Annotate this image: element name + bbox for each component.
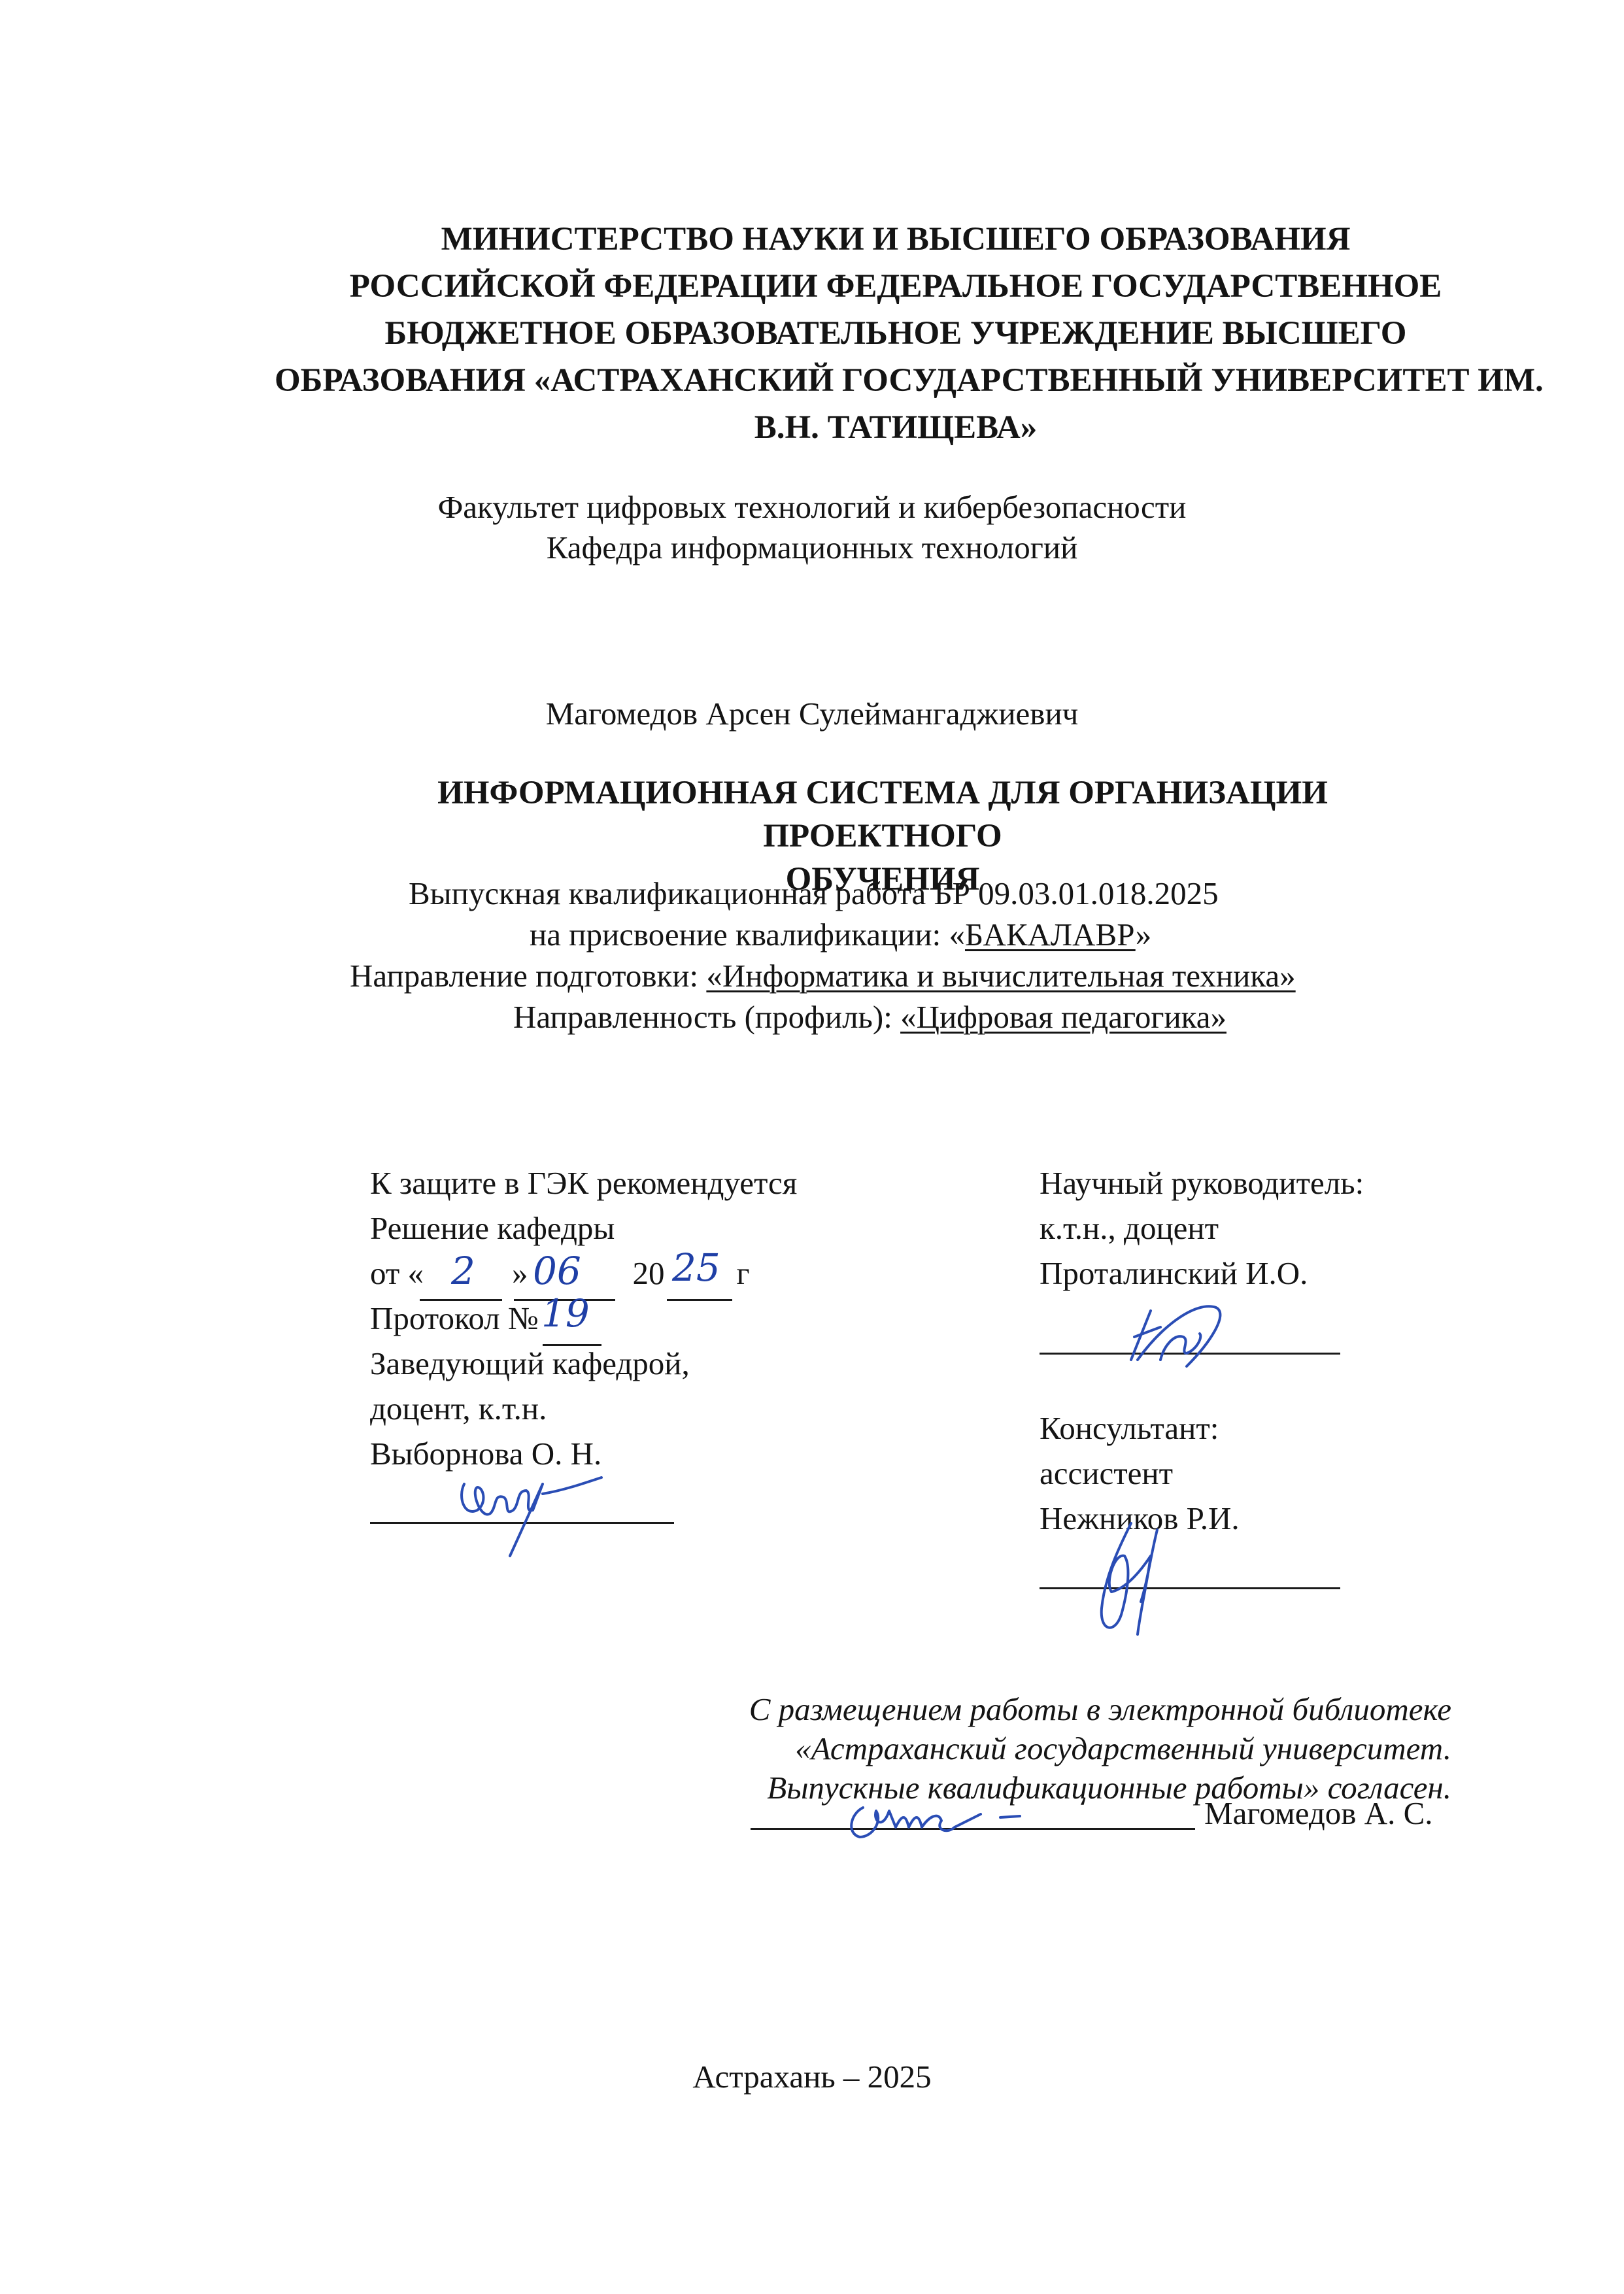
handwritten-year: 25 bbox=[672, 1245, 720, 1290]
faculty-block: Факультет цифровых технологий и кибербез… bbox=[0, 487, 1624, 568]
consent-line: «Астраханский государственный университе… bbox=[706, 1729, 1451, 1768]
consultant-signature-icon bbox=[1085, 1517, 1190, 1641]
supervisor-name: Проталинский И.О. bbox=[1040, 1251, 1364, 1296]
decision-date: от «»20г bbox=[370, 1251, 797, 1296]
date-day-underline bbox=[420, 1299, 502, 1301]
qualification-value: БАКАЛАВР bbox=[965, 917, 1136, 953]
date-prefix: от « bbox=[370, 1255, 424, 1291]
consent-line: С размещением работы в электронной библи… bbox=[706, 1690, 1451, 1729]
qualification-line: на присвоение квалификации: «БАКАЛАВР» bbox=[530, 914, 1151, 955]
department-name: Кафедра информационных технологий bbox=[0, 528, 1624, 568]
supervisor-label: Научный руководитель: bbox=[1040, 1160, 1364, 1206]
author-name: Магомедов Арсен Сулеймангаджиевич bbox=[0, 695, 1624, 732]
date-mid: » bbox=[512, 1255, 528, 1291]
protocol-label: Протокол № bbox=[370, 1300, 539, 1336]
work-code-line: Выпускная квалификационная работа БР 09.… bbox=[409, 873, 1219, 914]
city-year: Астрахань – 2025 bbox=[0, 2058, 1624, 2095]
direction-prefix: Направление подготовки: bbox=[350, 958, 706, 994]
ministry-line: БЮДЖЕТНОЕ ОБРАЗОВАТЕЛЬНОЕ УЧРЕЖДЕНИЕ ВЫС… bbox=[275, 310, 1517, 357]
handwritten-day: 2 bbox=[451, 1249, 475, 1293]
ministry-line: В.Н. ТАТИЩЕВА» bbox=[275, 404, 1517, 451]
ministry-header: МИНИСТЕРСТВО НАУКИ И ВЫСШЕГО ОБРАЗОВАНИЯ… bbox=[275, 216, 1517, 451]
date-year-underline bbox=[667, 1299, 732, 1301]
supervisor-signature-icon bbox=[1125, 1298, 1255, 1370]
profile-prefix: Направленность (профиль): bbox=[513, 999, 900, 1035]
direction-value: «Информатика и вычислительная техника» bbox=[706, 958, 1295, 994]
head-degree: доцент, к.т.н. bbox=[370, 1386, 797, 1431]
direction-line: Направление подготовки: «Информатика и в… bbox=[350, 955, 1296, 996]
date-year-prefix: 20 bbox=[633, 1255, 665, 1291]
title-line: ИНФОРМАЦИОННАЯ СИСТЕМА ДЛЯ ОРГАНИЗАЦИИ П… bbox=[327, 771, 1438, 858]
faculty-name: Факультет цифровых технологий и кибербез… bbox=[0, 487, 1624, 528]
consultant-signature-line bbox=[1040, 1587, 1340, 1589]
consultant-position: ассистент bbox=[1040, 1451, 1240, 1496]
supervisor-degree: к.т.н., доцент bbox=[1040, 1206, 1364, 1251]
library-consent: С размещением работы в электронной библи… bbox=[706, 1690, 1451, 1808]
date-suffix: г bbox=[737, 1255, 750, 1291]
decision-text: Решение кафедры bbox=[370, 1206, 797, 1251]
recommend-text: К защите в ГЭК рекомендуется bbox=[370, 1160, 797, 1206]
head-signature-icon bbox=[451, 1458, 647, 1562]
profile-value: «Цифровая педагогика» bbox=[900, 999, 1226, 1035]
supervisor-block: Научный руководитель: к.т.н., доцент Про… bbox=[1040, 1160, 1364, 1296]
handwritten-month: 06 bbox=[533, 1249, 581, 1293]
consultant-label: Консультант: bbox=[1040, 1406, 1240, 1451]
ministry-line: РОССИЙСКОЙ ФЕДЕРАЦИИ ФЕДЕРАЛЬНОЕ ГОСУДАР… bbox=[275, 263, 1517, 310]
profile-line: Направленность (профиль): «Цифровая педа… bbox=[513, 996, 1226, 1037]
qualification-suffix: » bbox=[1136, 917, 1152, 953]
protocol-underline bbox=[543, 1344, 601, 1346]
ministry-line: МИНИСТЕРСТВО НАУКИ И ВЫСШЕГО ОБРАЗОВАНИЯ bbox=[275, 216, 1517, 263]
handwritten-protocol-number: 19 bbox=[541, 1291, 590, 1336]
qualification-prefix: на присвоение квалификации: « bbox=[530, 917, 965, 953]
author-signature-icon bbox=[843, 1791, 1040, 1844]
ministry-line: ОБРАЗОВАНИЯ «АСТРАХАНСКИЙ ГОСУДАРСТВЕННЫ… bbox=[275, 357, 1517, 404]
consent-signer: Магомедов А. С. bbox=[1204, 1795, 1433, 1832]
head-role: Заведующий кафедрой, bbox=[370, 1341, 797, 1386]
